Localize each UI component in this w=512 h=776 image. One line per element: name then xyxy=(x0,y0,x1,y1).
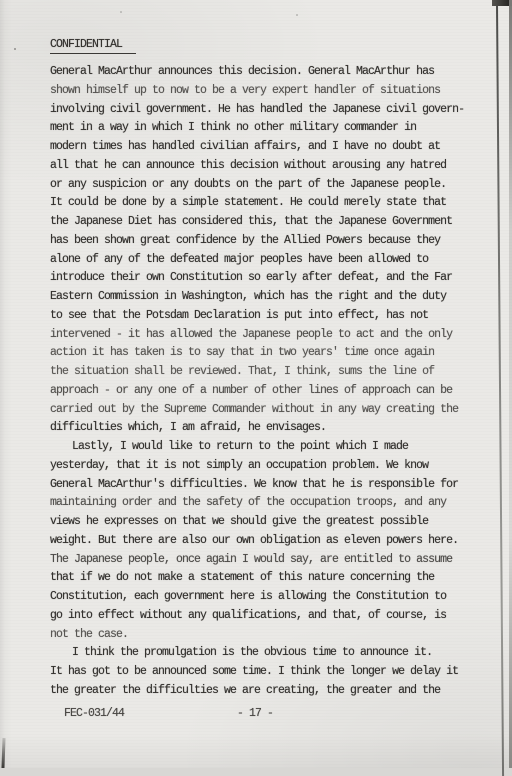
text-line: Constitution, each government here is al… xyxy=(50,588,480,607)
text-line: the greater the difficulties we are crea… xyxy=(50,682,480,701)
paragraph: General MacArthur announces this decisio… xyxy=(50,63,480,438)
classification-label: CONFIDENTIAL xyxy=(50,38,136,54)
page-number: - 17 - xyxy=(237,707,273,720)
scan-bottom-left-mark xyxy=(1,738,5,768)
text-line: maintaining order and the safety of the … xyxy=(50,494,480,513)
scan-speck xyxy=(14,48,16,50)
text-line: shown himself up to now to be a very exp… xyxy=(50,82,480,101)
text-line: weight. But there are also our own oblig… xyxy=(50,532,480,551)
paragraph: I think the promulgation is the obvious … xyxy=(50,644,480,700)
text-line: the situation shall be reviewed. That, I… xyxy=(50,363,480,382)
text-line: go into effect without any qualification… xyxy=(50,607,480,626)
text-line: action it has taken is to say that in tw… xyxy=(50,344,480,363)
text-line: Lastly, I would like to return to the po… xyxy=(50,438,480,457)
text-line: involving civil government. He has handl… xyxy=(50,101,480,120)
document-reference: FEC-031/44 xyxy=(64,707,124,720)
text-line: It has got to be announced some time. I … xyxy=(50,663,480,682)
text-line: that if we do not make a statement of th… xyxy=(50,569,480,588)
text-line: views he expresses on that we should giv… xyxy=(50,513,480,532)
document-body: General MacArthur announces this decisio… xyxy=(50,63,480,701)
text-line: modern times has handled civilian affair… xyxy=(50,138,480,157)
scan-speck xyxy=(120,11,122,13)
text-line: all that he can announce this decision w… xyxy=(50,157,480,176)
text-line: I think the promulgation is the obvious … xyxy=(50,644,480,663)
text-line: intervened - it has allowed the Japanese… xyxy=(50,326,480,345)
text-line: alone of any of the defeated major peopl… xyxy=(50,251,480,270)
scan-edge-line xyxy=(496,4,504,768)
text-line: approach - or any one of a number of oth… xyxy=(50,382,480,401)
text-line: General MacArthur announces this decisio… xyxy=(50,63,480,82)
text-line: the Japanese Diet has considered this, t… xyxy=(50,213,480,232)
text-line: has been shown great confidence by the A… xyxy=(50,232,480,251)
scan-speck xyxy=(62,129,64,131)
page-footer: FEC-031/44 - 17 - xyxy=(0,707,512,726)
scan-speck xyxy=(296,14,298,16)
text-line: The Japanese people, once again I would … xyxy=(50,551,480,570)
scanned-document-page: CONFIDENTIAL General MacArthur announces… xyxy=(0,0,512,768)
text-line: introduce their own Constitution so earl… xyxy=(50,269,480,288)
text-line: carried out by the Supreme Commander wit… xyxy=(50,401,480,420)
text-line: ment in a way in which I think no other … xyxy=(50,119,480,138)
paragraph: Lastly, I would like to return to the po… xyxy=(50,438,480,644)
text-line: yesterday, that it is not simply an occu… xyxy=(50,457,480,476)
text-line: to see that the Potsdam Declaration is p… xyxy=(50,307,480,326)
text-line: not the case. xyxy=(50,626,480,645)
text-line: Eastern Commission in Washington, which … xyxy=(50,288,480,307)
text-line: General MacArthur's difficulties. We kno… xyxy=(50,476,480,495)
text-line: difficulties which, I am afraid, he envi… xyxy=(50,419,480,438)
text-line: or any suspicion or any doubts on the pa… xyxy=(50,176,480,195)
text-line: It could be done by a simple statement. … xyxy=(50,194,480,213)
